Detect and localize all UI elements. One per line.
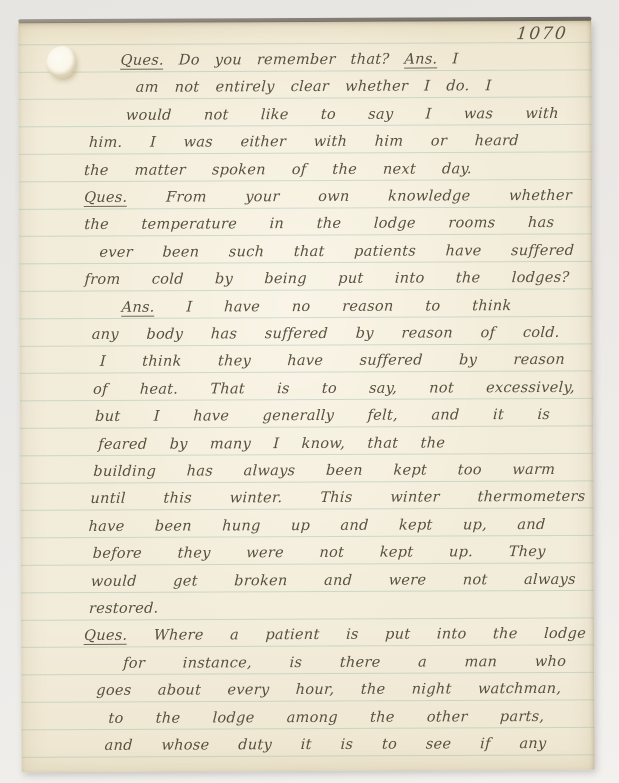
manuscript-line: Ques. Where a patient is put into the lo…	[83, 621, 586, 651]
qa-abbreviation: Ques.	[120, 53, 164, 70]
qa-abbreviation: Ans.	[404, 51, 438, 68]
manuscript-line: Ques. From your own knowledge whether	[83, 183, 572, 213]
scan-backdrop: 1070 Ques. Do you remember that? Ans. Ia…	[0, 0, 619, 783]
manuscript-line: Ans. I have no reason to think	[121, 293, 512, 322]
paper-sheet: 1070 Ques. Do you remember that? Ans. Ia…	[18, 20, 594, 772]
page-number: 1070	[515, 24, 587, 44]
manuscript-line: am not entirely clear whether I do. I	[135, 74, 492, 103]
manuscript-line: before they were not kept up. They	[92, 539, 546, 568]
punch-hole	[46, 46, 76, 78]
manuscript-line: of heat. That is to say, not excessively…	[92, 375, 575, 404]
qa-abbreviation: Ques.	[84, 190, 128, 207]
manuscript-line: restored.	[88, 596, 159, 624]
manuscript-line: until this winter. This winter thermomet…	[90, 484, 586, 514]
manuscript-line: and whose duty it is to see if any	[104, 731, 547, 760]
qa-abbreviation: Ques.	[84, 628, 128, 645]
manuscript-line: Ques. Do you remember that? Ans. I	[120, 46, 459, 75]
manuscript-line: but I have generally felt, and it is	[94, 402, 550, 431]
manuscript-line: would not like to say I was with	[125, 101, 559, 130]
paper-top-edge	[18, 17, 591, 24]
manuscript-line: from cold by being put into the lodges?	[84, 265, 570, 295]
ruled-lines	[18, 20, 594, 772]
manuscript-line: would get broken and were not always	[90, 566, 576, 596]
manuscript-line: feared by many I know, that the	[98, 430, 446, 459]
manuscript-line: the matter spoken of the next day.	[83, 156, 472, 185]
manuscript-line: him. I was either with him or heard	[88, 128, 519, 157]
qa-abbreviation: Ans.	[121, 299, 155, 316]
manuscript-line: goes about every hour, the night watchma…	[96, 676, 562, 705]
manuscript-line: for instance, is there a man who	[123, 649, 567, 678]
manuscript-line: any body has suffered by reason of cold.	[91, 320, 560, 349]
manuscript-text: Ques. Do you remember that? Ans. Iam not…	[18, 20, 594, 772]
manuscript-line: building has always been kept too warm	[93, 457, 556, 486]
manuscript-line: ever been such that patients have suffer…	[99, 238, 575, 267]
manuscript-line: have been hung up and kept up, and	[88, 512, 546, 541]
manuscript-line: to the lodge among the other parts,	[108, 704, 545, 733]
manuscript-line: I think they have suffered by reason	[99, 347, 565, 376]
manuscript-line: the temperature in the lodge rooms has	[84, 210, 555, 239]
